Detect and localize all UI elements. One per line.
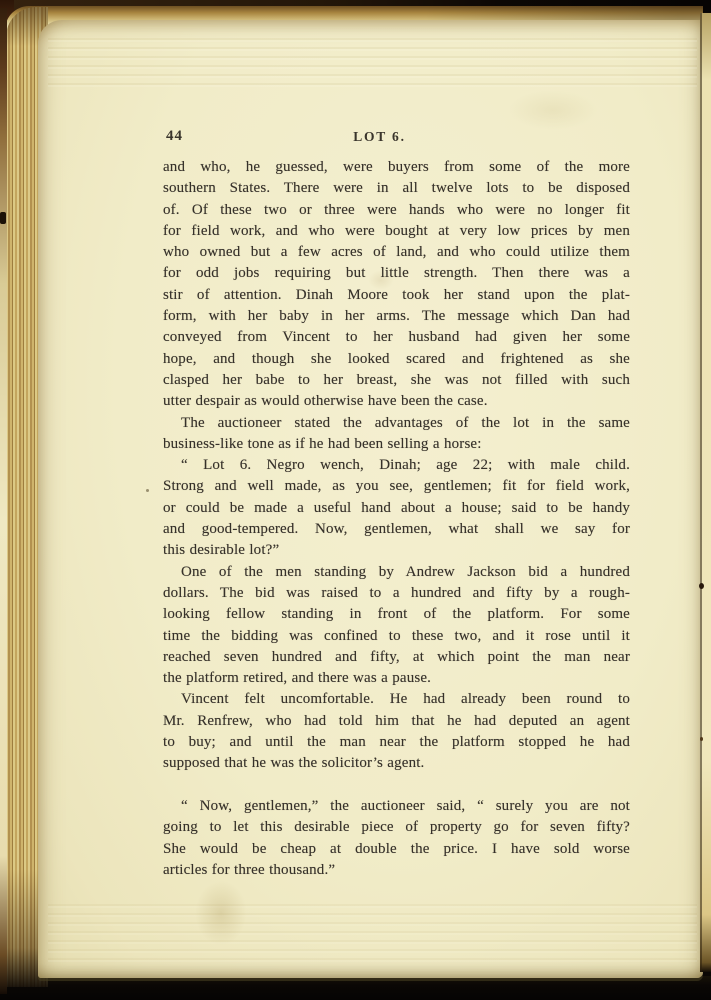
text-line: looking fellow standing in front of the … <box>163 604 630 625</box>
text-line: time the bidding was confined to these t… <box>163 626 630 647</box>
paper-texture-ripples <box>48 38 697 90</box>
paper-stain <box>508 90 598 130</box>
text-line: southern States. There were in all twelv… <box>163 178 630 199</box>
text-line: the platform retired, and there was a pa… <box>163 668 630 689</box>
text-line: for field work, and who were bought at v… <box>163 221 630 242</box>
text-line: One of the men standing by Andrew Jackso… <box>163 562 630 583</box>
text-line: business-like tone as if he had been sel… <box>163 434 630 455</box>
page-surface: 44 LOT 6. and who, he guessed, were buye… <box>38 20 703 978</box>
text-line: going to let this desirable piece of pro… <box>163 817 630 838</box>
text-line: form, with her baby in her arms. The mes… <box>163 306 630 327</box>
text-line: utter despair as would otherwise have be… <box>163 391 630 412</box>
text-line: articles for three thousand.” <box>163 860 630 881</box>
text-line: of. Of these two or three were hands who… <box>163 200 630 221</box>
page-edge-speck <box>700 737 703 741</box>
text-line: stir of attention. Dinah Moore took her … <box>163 285 630 306</box>
text-line: “ Now, gentlemen,” the auctioneer said, … <box>163 796 630 817</box>
paper-texture-ripples <box>48 904 697 964</box>
text-line: to buy; and until the man near the platf… <box>163 732 630 753</box>
binding-notch <box>0 212 6 224</box>
text-line: “ Lot 6. Negro wench, Dinah; age 22; wit… <box>163 455 630 476</box>
text-line: The auctioneer stated the advantages of … <box>163 413 630 434</box>
text-line: She would be cheap at double the price. … <box>163 839 630 860</box>
chapter-running-title: LOT 6. <box>47 129 711 145</box>
text-line: or could be made a useful hand about a h… <box>163 498 630 519</box>
text-line <box>163 775 630 796</box>
page-edge-sliver-right <box>700 13 711 972</box>
text-line: clasped her babe to her breast, she was … <box>163 370 630 391</box>
ink-speck <box>146 489 149 492</box>
text-line: conveyed from Vincent to her husband had… <box>163 327 630 348</box>
text-line: and who, he guessed, were buyers from so… <box>163 157 630 178</box>
page-edge-sliver-left <box>0 8 7 994</box>
text-line: dollars. The bid was raised to a hundred… <box>163 583 630 604</box>
page-edge-speck <box>699 583 704 589</box>
text-line: this desirable lot?” <box>163 540 630 561</box>
running-header: 44 LOT 6. <box>38 128 703 148</box>
text-line: and good-tempered. Now, gentlemen, what … <box>163 519 630 540</box>
text-line: reached seven hundred and fifty, at whic… <box>163 647 630 668</box>
scanned-book-page-photo: 44 LOT 6. and who, he guessed, were buye… <box>0 0 711 1000</box>
text-line: who owned but a few acres of land, and w… <box>163 242 630 263</box>
background-surface-bottom <box>0 976 711 1000</box>
text-line: supposed that he was the solicitor’s age… <box>163 753 630 774</box>
body-text: and who, he guessed, were buyers from so… <box>163 157 630 881</box>
text-line: hope, and though she looked scared and f… <box>163 349 630 370</box>
text-line: for odd jobs requiring but little streng… <box>163 263 630 284</box>
text-line: Vincent felt uncomfortable. He had alrea… <box>163 689 630 710</box>
paper-stain <box>193 878 249 948</box>
text-line: Strong and well made, as you see, gentle… <box>163 476 630 497</box>
text-line: Mr. Renfrew, who had told him that he ha… <box>163 711 630 732</box>
